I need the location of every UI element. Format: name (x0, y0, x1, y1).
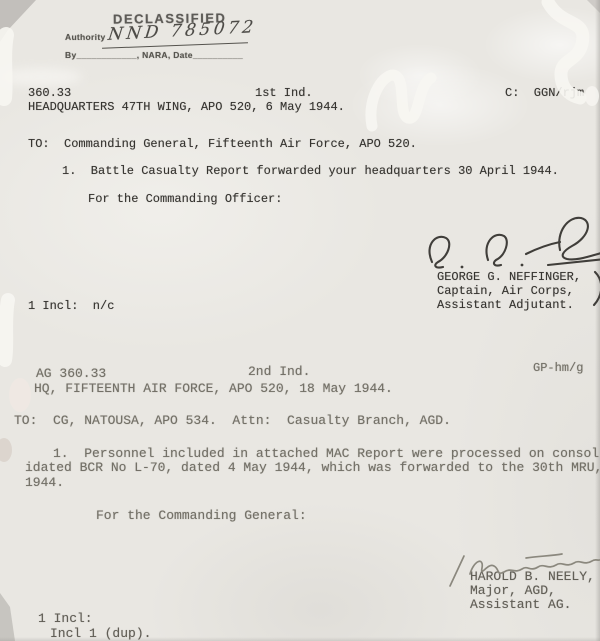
closing-line-1: For the Commanding Officer: (88, 193, 282, 206)
paragraph-1-ind1: 1. Battle Casualty Report forwarded your… (62, 165, 559, 178)
stamp-authority-label: Authority (65, 32, 105, 42)
routing-ref-1: C: GGN/rjm (505, 87, 584, 100)
signer-name-1: GEORGE G. NEFFINGER, (437, 271, 581, 284)
indorsement-label-1: 1st Ind. (255, 87, 313, 100)
inclosure-line-2b: Incl 1 (dup). (50, 627, 151, 641)
inclosure-line-1: 1 Incl: n/c (28, 300, 114, 313)
closing-line-2: For the Commanding General: (96, 509, 307, 523)
document-page: DECLASSIFIED Authority NND 785072 By____… (0, 0, 600, 641)
paragraph-1-line-3-ind2: 1944. (25, 476, 64, 490)
to-line-1: TO: Commanding General, Fifteenth Air Fo… (28, 138, 417, 151)
scan-corner-shadow-bottom-left (0, 593, 16, 641)
inclosure-line-2a: 1 Incl: (38, 612, 93, 626)
paragraph-1-line-2-ind2: idated BCR No L-70, dated 4 May 1944, wh… (25, 461, 600, 475)
headquarters-line-1: HEADQUARTERS 47TH WING, APO 520, 6 May 1… (28, 101, 345, 114)
signer-name-2: HAROLD B. NEELY, (470, 570, 595, 584)
file-number-1: 360.33 (28, 87, 71, 100)
to-line-2: TO: CG, NATOUSA, APO 534. Attn: Casualty… (14, 414, 451, 428)
routing-ref-2: GP-hm/g (533, 362, 583, 375)
indorsement-label-2: 2nd Ind. (248, 365, 310, 379)
signer-rank-1: Captain, Air Corps, (437, 285, 574, 298)
signer-title-1: Assistant Adjutant. (437, 299, 574, 312)
scan-corner-shadow-top-left (0, 0, 40, 42)
file-number-2: AG 360.33 (36, 367, 106, 381)
paragraph-1-line-1-ind2: 1. Personnel included in attached MAC Re… (53, 447, 599, 461)
signer-rank-2: Major, AGD, (470, 584, 556, 598)
signer-title-2: Assistant AG. (470, 598, 571, 612)
headquarters-line-2: HQ, FIFTEENTH AIR FORCE, APO 520, 18 May… (34, 382, 393, 396)
stamp-by-nara-date-line: By____________, NARA, Date__________ (65, 50, 243, 60)
paper-fold-streak (0, 68, 82, 86)
scan-edge-shadow-right (595, 0, 600, 641)
